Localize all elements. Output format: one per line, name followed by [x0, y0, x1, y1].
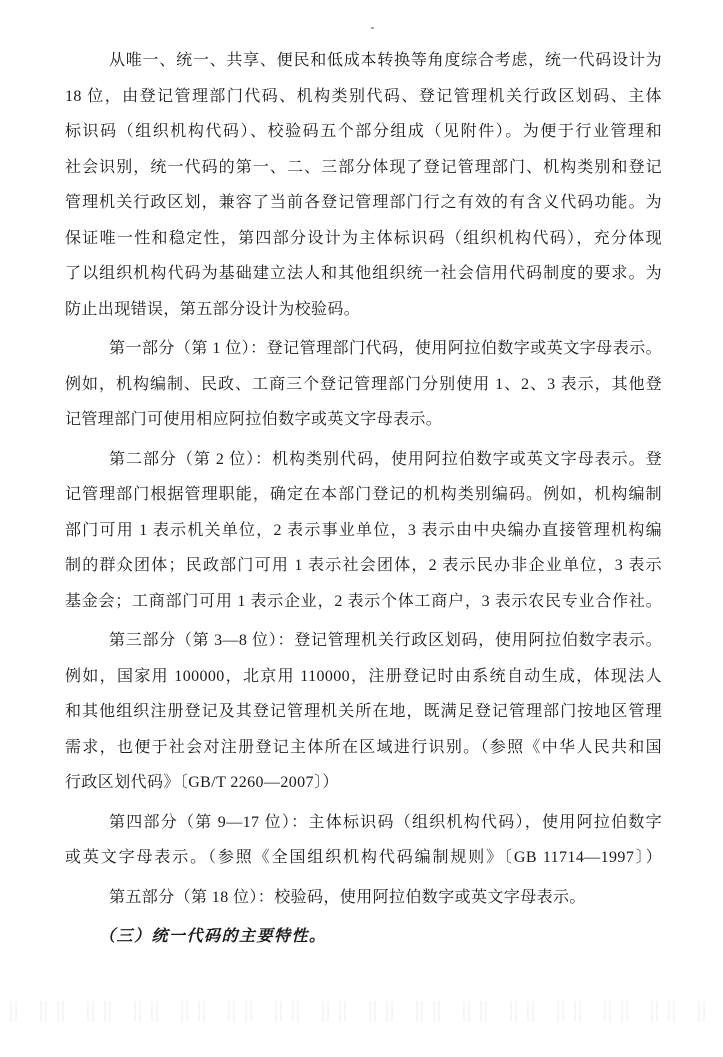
text-line: 保证唯一性和稳定性，第四部分设计为主体标识码（组织机构代码），充分体现	[65, 221, 662, 257]
text-line: （三）统一代码的主要特性。	[65, 919, 662, 955]
text-line: 管理机关行政区划，兼容了当前各登记管理部门行之有效的有含义代码功能。为	[65, 185, 662, 221]
text-line: 社会识别，统一代码的第一、二、三部分体现了登记管理部门、机构类别和登记	[65, 150, 662, 186]
text-line: 或英文字母表示。（参照《全国组织机构代码编制规则》〔GB 11714—1997〕…	[65, 840, 662, 876]
scan-speck	[371, 27, 374, 29]
text-line: 例如，国家用 100000，北京用 110000，注册登记时由系统自动生成，体现…	[65, 659, 662, 695]
paragraph: 第一部分（第 1 位）：登记管理部门代码，使用阿拉伯数字或英文字母表示。例如，机…	[65, 331, 662, 438]
paragraph: （三）统一代码的主要特性。	[65, 919, 662, 955]
text-line: 从唯一、统一、共享、便民和低成本转换等角度综合考虑，统一代码设计为	[65, 43, 662, 79]
page-bleed-through-artifact	[10, 1001, 713, 1022]
paragraph: 第二部分（第 2 位）：机构类别代码，使用阿拉伯数字或英文字母表示。登记管理部门…	[65, 442, 662, 620]
text-line: 了以组织机构代码为基础建立法人和其他组织统一社会信用代码制度的要求。为	[65, 256, 662, 292]
text-line: 防止出现错误，第五部分设计为校验码。	[65, 292, 662, 328]
text-line: 例如，机构编制、民政、工商三个登记管理部门分别使用 1、2、3 表示，其他登	[65, 367, 662, 403]
paragraph: 第四部分（第 9—17 位）：主体标识码（组织机构代码），使用阿拉伯数字或英文字…	[65, 805, 662, 876]
text-line: 第一部分（第 1 位）：登记管理部门代码，使用阿拉伯数字或英文字母表示。	[65, 331, 662, 367]
text-line: 第二部分（第 2 位）：机构类别代码，使用阿拉伯数字或英文字母表示。登	[65, 442, 662, 478]
text-line: 第四部分（第 9—17 位）：主体标识码（组织机构代码），使用阿拉伯数字	[65, 805, 662, 841]
text-line: 第五部分（第 18 位）：校验码，使用阿拉伯数字或英文字母表示。	[65, 880, 662, 916]
text-line: 18 位，由登记管理部门代码、机构类别代码、登记管理机关行政区划码、主体	[65, 79, 662, 115]
text-line: 需求，也便于社会对注册登记主体所在区域进行识别。（参照《中华人民共和国	[65, 730, 662, 766]
text-line: 制的群众团体；民政部门可用 1 表示社会团体，2 表示民办非企业单位，3 表示	[65, 548, 662, 584]
text-line: 标识码（组织机构代码）、校验码五个部分组成（见附件）。为便于行业管理和	[65, 114, 662, 150]
text-line: 基金会；工商部门可用 1 表示企业，2 表示个体工商户，3 表示农民专业合作社。	[65, 584, 662, 620]
paragraph: 第三部分（第 3—8 位）：登记管理机关行政区划码，使用阿拉伯数字表示。例如，国…	[65, 623, 662, 801]
text-line: 和其他组织注册登记及其登记管理机关所在地，既满足登记管理部门按地区管理	[65, 694, 662, 730]
text-line: 部门可用 1 表示机关单位，2 表示事业单位，3 表示由中央编办直接管理机构编	[65, 513, 662, 549]
text-line: 记管理部门可使用相应阿拉伯数字或英文字母表示。	[65, 402, 662, 438]
text-line: 记管理部门根据管理职能，确定在本部门登记的机构类别编码。例如，机构编制	[65, 477, 662, 513]
text-line: 行政区划代码》〔GB/T 2260—2007〕）	[65, 765, 662, 801]
document-body: 从唯一、统一、共享、便民和低成本转换等角度综合考虑，统一代码设计为18 位，由登…	[65, 43, 662, 955]
text-line: 第三部分（第 3—8 位）：登记管理机关行政区划码，使用阿拉伯数字表示。	[65, 623, 662, 659]
paragraph: 从唯一、统一、共享、便民和低成本转换等角度综合考虑，统一代码设计为18 位，由登…	[65, 43, 662, 327]
paragraph: 第五部分（第 18 位）：校验码，使用阿拉伯数字或英文字母表示。	[65, 880, 662, 916]
document-page: 从唯一、统一、共享、便民和低成本转换等角度综合考虑，统一代码设计为18 位，由登…	[0, 0, 723, 1057]
